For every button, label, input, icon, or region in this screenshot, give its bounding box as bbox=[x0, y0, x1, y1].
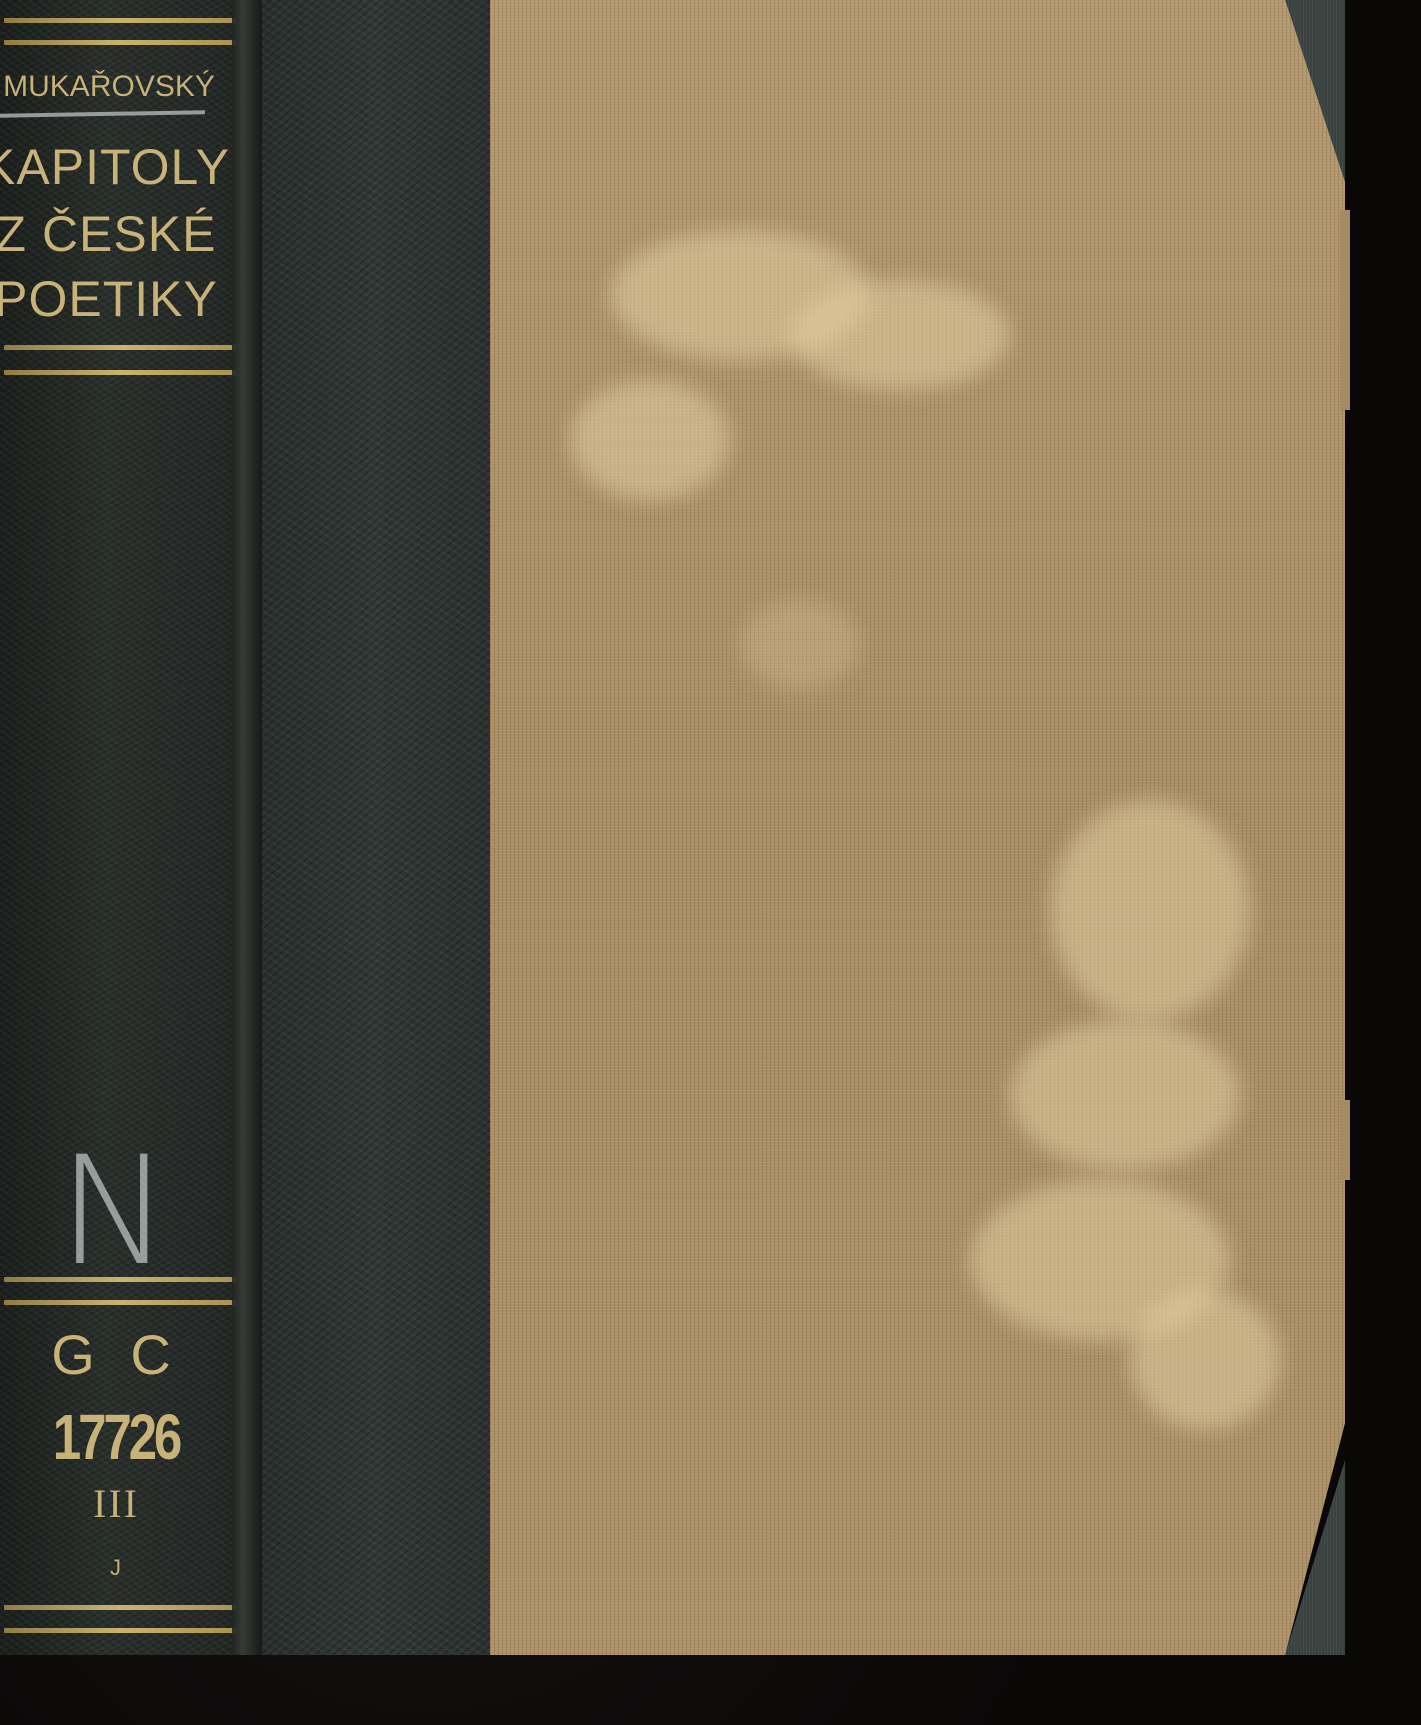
stain bbox=[1050, 800, 1250, 1020]
gold-rule bbox=[4, 1300, 236, 1305]
stain bbox=[790, 280, 1010, 390]
gold-rule bbox=[4, 40, 236, 45]
scene: MUKAŘOVSKÝ KAPITOLY Z ČESKÉ POETIKY N G … bbox=[0, 0, 1421, 1725]
gold-rule bbox=[4, 370, 236, 375]
leather-quarter-binding bbox=[262, 0, 490, 1655]
spine-hinge bbox=[232, 0, 262, 1655]
paper-covered-board bbox=[490, 0, 1345, 1655]
book: MUKAŘOVSKÝ KAPITOLY Z ČESKÉ POETIKY N G … bbox=[0, 0, 1350, 1660]
author-name: MUKAŘOVSKÝ bbox=[0, 70, 232, 104]
stain bbox=[1130, 1290, 1280, 1430]
gold-rule bbox=[4, 1605, 236, 1610]
edge-notch bbox=[1340, 1100, 1350, 1180]
handwritten-shelf-mark: N bbox=[58, 1125, 170, 1299]
gold-rule bbox=[4, 1277, 236, 1282]
gold-rule bbox=[4, 1628, 236, 1633]
title-line-2: Z ČESKÉ bbox=[0, 205, 232, 263]
edge-notch bbox=[1340, 210, 1350, 410]
stain bbox=[570, 380, 730, 500]
scratch-mark bbox=[0, 110, 205, 118]
gold-rule bbox=[4, 345, 236, 350]
title-line-1: KAPITOLY bbox=[0, 138, 232, 196]
call-number-collection: G C bbox=[0, 1322, 232, 1387]
call-number: 17726 bbox=[23, 1400, 209, 1474]
stain bbox=[740, 600, 860, 690]
title-line-3: POETIKY bbox=[0, 270, 232, 328]
volume-number: III bbox=[0, 1480, 232, 1527]
stain bbox=[1010, 1020, 1240, 1170]
book-spine: MUKAŘOVSKÝ KAPITOLY Z ČESKÉ POETIKY N G … bbox=[0, 0, 262, 1655]
gold-rule bbox=[4, 18, 236, 23]
call-number-mark: J bbox=[0, 1555, 232, 1581]
